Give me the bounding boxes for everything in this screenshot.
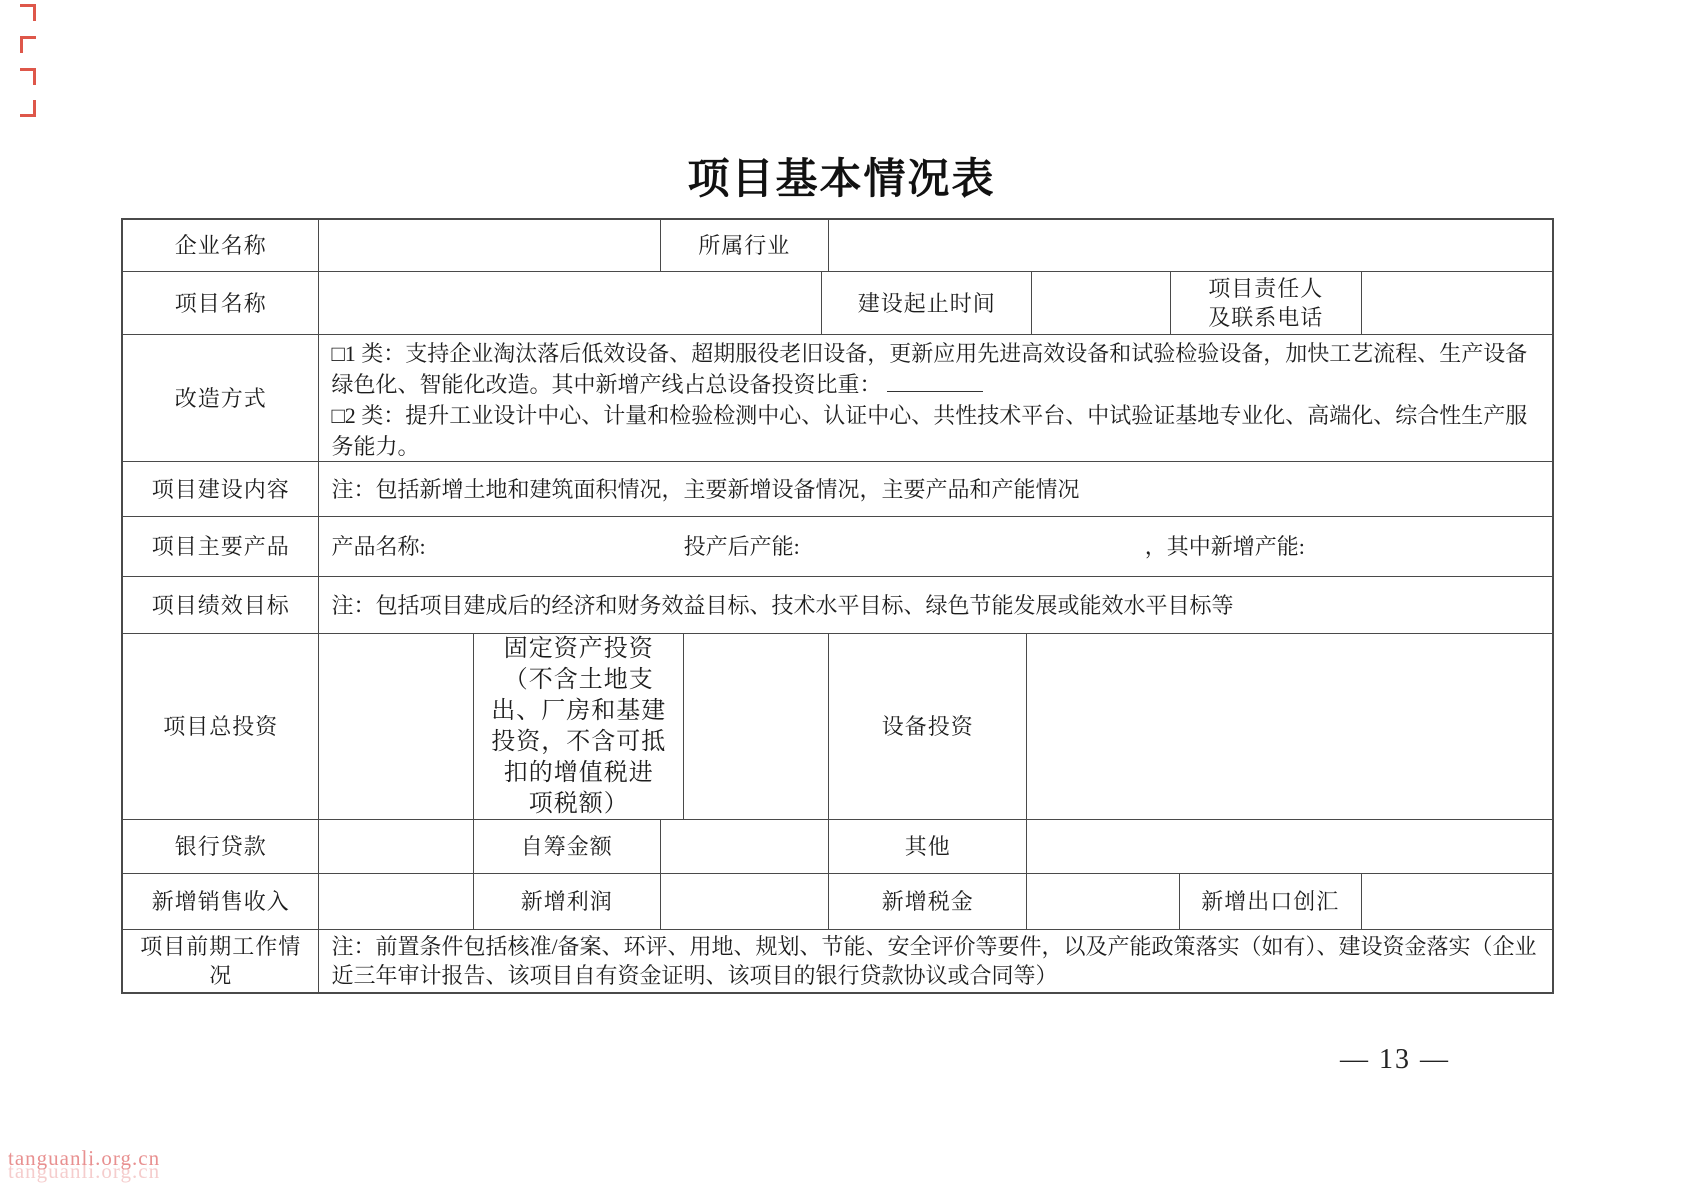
- main-products-field[interactable]: 产品名称: 投产后产能: ，其中新增产能:: [319, 517, 1552, 577]
- company-name-field[interactable]: [319, 220, 660, 272]
- construction-content-note: 注：包括新增土地和建筑面积情况，主要新增设备情况，主要产品和产能情况: [331, 475, 1079, 504]
- new-tax-field[interactable]: [1027, 874, 1180, 930]
- performance-goals-label: 项目绩效目标: [123, 577, 319, 634]
- other-funds-field[interactable]: [1027, 820, 1552, 874]
- red-mark-icon: [20, 100, 36, 117]
- red-mark-icon: [20, 4, 36, 21]
- row-project: 项目名称 建设起止时间 项目责任人 及联系电话: [123, 272, 1552, 335]
- renovation-type-options: □1 类：支持企业淘汰落后低效设备、超期服役老旧设备，更新应用先进高效设备和试验…: [319, 335, 1552, 462]
- performance-goals-note: 注：包括项目建成后的经济和财务效益目标、技术水平目标、绿色节能发展或能效水平目标…: [331, 591, 1233, 620]
- project-name-label: 项目名称: [123, 272, 319, 335]
- row-main-products: 项目主要产品 产品名称: 投产后产能: ，其中新增产能:: [123, 517, 1552, 577]
- new-sales-field[interactable]: [319, 874, 474, 930]
- renovation-option-1-text: 1 类：支持企业淘汰落后低效设备、超期服役老旧设备，更新应用先进高效设备和试验检…: [331, 341, 1527, 397]
- new-capacity-label: ，其中新增产能:: [1145, 532, 1305, 561]
- fixed-asset-investment-label: 固定资产投资 （不含土地支 出、厂房和基建 投资，不含可抵 扣的增值税进 项税额…: [474, 634, 684, 820]
- new-profit-label: 新增利润: [474, 874, 660, 930]
- industry-label: 所属行业: [661, 220, 830, 272]
- equipment-investment-label: 设备投资: [829, 634, 1027, 820]
- construction-content-label: 项目建设内容: [123, 462, 319, 517]
- row-total-investment: 项目总投资 固定资产投资 （不含土地支 出、厂房和基建 投资，不含可抵 扣的增值…: [123, 634, 1552, 820]
- project-name-field[interactable]: [319, 272, 822, 335]
- self-raised-field[interactable]: [661, 820, 830, 874]
- construction-period-field[interactable]: [1032, 272, 1171, 335]
- watermark: tanguanli.org.cn: [8, 1146, 160, 1171]
- red-mark-icon: [20, 36, 36, 53]
- equipment-investment-field[interactable]: [1027, 634, 1552, 820]
- total-investment-field[interactable]: [319, 634, 474, 820]
- fixed-asset-investment-field[interactable]: [684, 634, 829, 820]
- renovation-option-2-text: 2 类：提升工业设计中心、计量和检验检测中心、认证中心、共性技术平台、中试验证基…: [331, 403, 1527, 459]
- renovation-type-label: 改造方式: [123, 335, 319, 462]
- responsible-person-label: 项目责任人 及联系电话: [1171, 272, 1361, 335]
- performance-goals-field[interactable]: 注：包括项目建成后的经济和财务效益目标、技术水平目标、绿色节能发展或能效水平目标…: [319, 577, 1552, 634]
- product-name-label: 产品名称:: [331, 532, 425, 561]
- page-number: — 13 —: [1340, 1044, 1450, 1076]
- row-performance-goals: 项目绩效目标 注：包括项目建成后的经济和财务效益目标、技术水平目标、绿色节能发展…: [123, 577, 1552, 634]
- new-export-label: 新增出口创汇: [1180, 874, 1362, 930]
- row-bank-loan: 银行贷款 自筹金额 其他: [123, 820, 1552, 874]
- total-investment-label: 项目总投资: [123, 634, 319, 820]
- renovation-option-1: □1 类：支持企业淘汰落后低效设备、超期服役老旧设备，更新应用先进高效设备和试验…: [331, 338, 1542, 400]
- type-2-checkbox-icon[interactable]: □: [331, 403, 344, 428]
- page-title: 项目基本情况表: [0, 146, 1683, 206]
- red-print-artifact-marks: [20, 4, 40, 132]
- other-funds-label: 其他: [829, 820, 1027, 874]
- main-products-label: 项目主要产品: [123, 517, 319, 577]
- new-tax-label: 新增税金: [829, 874, 1027, 930]
- renovation-option-2: □2 类：提升工业设计中心、计量和检验检测中心、认证中心、共性技术平台、中试验证…: [331, 400, 1542, 462]
- row-construction-content: 项目建设内容 注：包括新增土地和建筑面积情况，主要新增设备情况，主要产品和产能情…: [123, 462, 1552, 517]
- row-renovation-type: 改造方式 □1 类：支持企业淘汰落后低效设备、超期服役老旧设备，更新应用先进高效…: [123, 335, 1552, 462]
- new-profit-field[interactable]: [661, 874, 830, 930]
- self-raised-label: 自筹金额: [474, 820, 660, 874]
- row-preliminary-work: 项目前期工作情 况 注：前置条件包括核准/备案、环评、用地、规划、节能、安全评价…: [123, 930, 1552, 992]
- industry-field[interactable]: [829, 220, 1552, 272]
- red-mark-icon: [20, 68, 36, 85]
- new-export-field[interactable]: [1362, 874, 1552, 930]
- row-company: 企业名称 所属行业: [123, 220, 1552, 272]
- bank-loan-field[interactable]: [319, 820, 474, 874]
- row-new-revenue: 新增销售收入 新增利润 新增税金 新增出口创汇: [123, 874, 1552, 930]
- type-1-checkbox-icon[interactable]: □: [331, 341, 344, 366]
- preliminary-work-note: 注：前置条件包括核准/备案、环评、用地、规划、节能、安全评价等要件，以及产能政策…: [331, 932, 1542, 990]
- project-info-table: 企业名称 所属行业 项目名称 建设起止时间 项目责任人 及联系电话 改造方式 □…: [121, 218, 1554, 994]
- preliminary-work-label: 项目前期工作情 况: [123, 930, 319, 992]
- construction-content-field[interactable]: 注：包括新增土地和建筑面积情况，主要新增设备情况，主要产品和产能情况: [319, 462, 1552, 517]
- construction-period-label: 建设起止时间: [822, 272, 1032, 335]
- new-sales-label: 新增销售收入: [123, 874, 319, 930]
- capacity-after-label: 投产后产能:: [684, 532, 800, 561]
- company-name-label: 企业名称: [123, 220, 319, 272]
- bank-loan-label: 银行贷款: [123, 820, 319, 874]
- responsible-person-field[interactable]: [1362, 272, 1552, 335]
- fill-in-blank-line[interactable]: [887, 390, 983, 392]
- preliminary-work-field[interactable]: 注：前置条件包括核准/备案、环评、用地、规划、节能、安全评价等要件，以及产能政策…: [319, 930, 1552, 992]
